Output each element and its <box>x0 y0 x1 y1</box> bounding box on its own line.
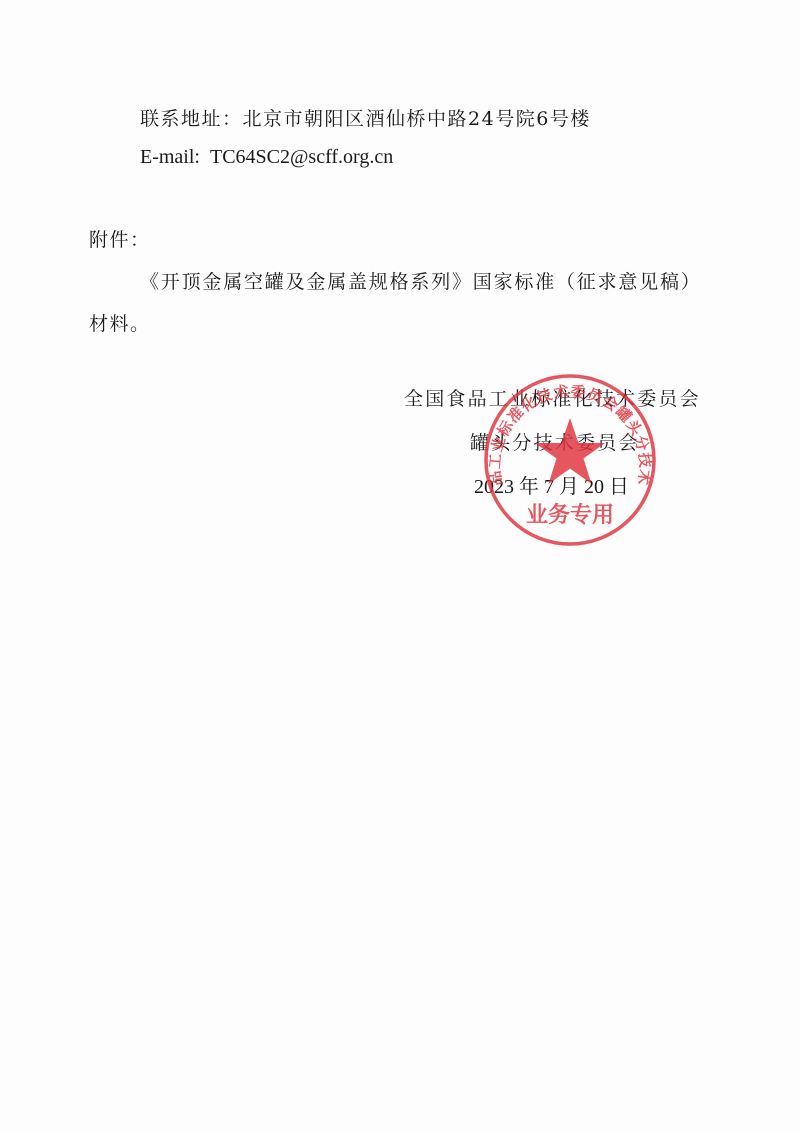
address-value: 北京市朝阳区酒仙桥中路24号院6号楼 <box>243 108 591 130</box>
attachment-label: 附件： <box>89 225 151 252</box>
contact-address: 联系地址：北京市朝阳区酒仙桥中路24号院6号楼 <box>140 104 591 131</box>
email-label: E-mail: <box>140 146 200 168</box>
signature-date: 2023 年 7 月 20 日 <box>474 470 629 499</box>
signature-org-line1: 全国食品工业标准化技术委员会 <box>404 384 701 411</box>
attachment-title: 《开顶金属空罐及金属盖规格系列》国家标准（征求意见稿） <box>140 267 702 294</box>
attachment-title-continuation: 材料。 <box>89 309 151 336</box>
signature-org-line2: 罐头分技术委员会 <box>470 428 640 455</box>
seal-center-text: 业务专用 <box>526 502 614 528</box>
address-label: 联系地址： <box>140 108 243 130</box>
email-value[interactable]: TC64SC2@scff.org.cn <box>210 146 393 168</box>
contact-email: E-mail: TC64SC2@scff.org.cn <box>140 146 393 169</box>
